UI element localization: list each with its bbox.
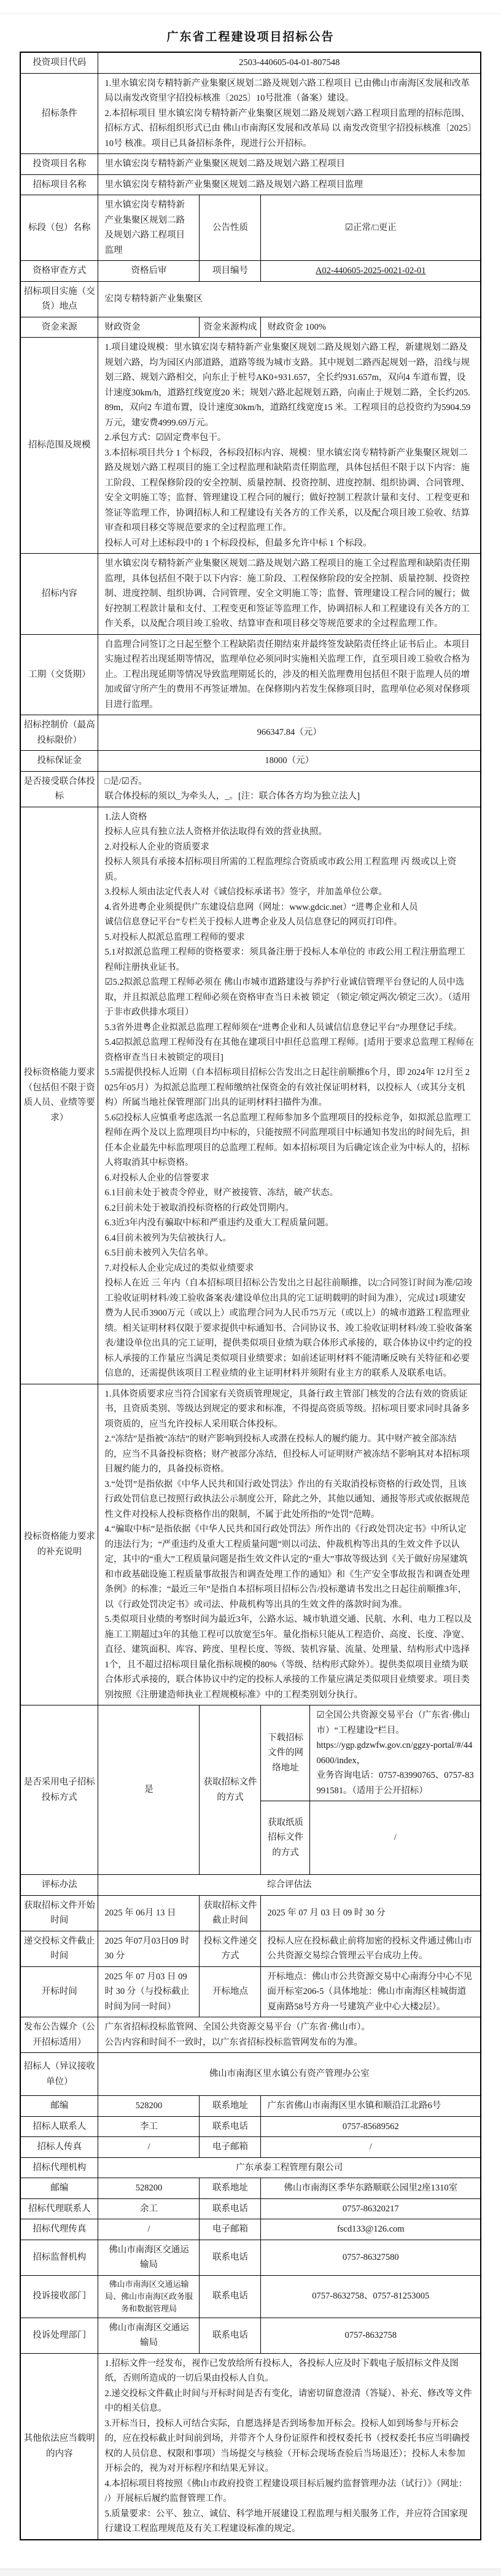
delivery-location-value: 宏岗专精特新产业集聚区	[98, 281, 481, 317]
submission-method-text: 投标人应在投标截止前将加密的投标文件通过佛山市公共资源交易综合管理云平台成功上传…	[261, 1931, 481, 1966]
table-row: 招标项目名称 里水镇宏岗专精特新产业集聚区规划二路及规划六路工程项目监理	[20, 174, 481, 195]
table-row: 招标项目实施（交货）地点 宏岗专精特新产业集聚区	[20, 281, 481, 317]
doc-obtain-end-label: 获取招标文件截止时间	[200, 1895, 261, 1931]
table-row: 是否采用电子招标投标方式 是 获取招标文件的方式 下载招标文件的网络地址 ☑全国…	[20, 1705, 481, 1801]
duration-text: 自监理合同签订之日起至整个工程缺陷责任期结束并最终签发缺陷责任终止证书后止。本项…	[98, 634, 481, 715]
fund-source-value: 财政资金	[98, 317, 200, 338]
qualification-review-label: 资格审查方式	[20, 261, 98, 282]
tenderer-phone-value: 0757-85689562	[261, 2116, 481, 2137]
table-row: 招标控制价（最高投标限价） 966347.84（元）	[20, 715, 481, 751]
complaint-receive-value: 佛山市南海区交通运输局、佛山市南海区政务服务和数据管理局	[98, 2275, 200, 2318]
tender-scope-text: 1.项目建设规模：里水镇宏岗专精特新产业集聚区规划二路及规划六路工程，新建规划二…	[98, 338, 481, 554]
agency-email-value: fscd133@126.com	[261, 2219, 481, 2240]
supervision-value: 佛山市南海区交通运输局	[98, 2240, 200, 2275]
agency-contact-value: 余工	[98, 2198, 200, 2219]
table-row: 是否接受联合体投标 □是/☑否。 联合体投标的须以_为牵头人，_。[注：联合体各…	[20, 771, 481, 807]
table-row: 标段（包）名称 里水镇宏岗专精特新产业集聚区规划二路及规划六路工程项目监理 公告…	[20, 195, 481, 261]
opening-place-text: 开标地点：佛山市公共资源交易中心南海分中心不见面开标室206-5（具体地址：佛山…	[261, 1966, 481, 2017]
tenderer-address-label: 联系地址	[200, 2096, 261, 2117]
table-row: 招标范围及规模 1.项目建设规模：里水镇宏岗专精特新产业集聚区规划二路及规划六路…	[20, 338, 481, 554]
section-package-name-label: 标段（包）名称	[20, 195, 98, 261]
supervision-phone-label: 联系电话	[200, 2240, 261, 2275]
agency-value: 广东承泰工程管理有限公司	[98, 2157, 481, 2178]
qualification-review-value: 资格后审	[98, 261, 200, 282]
doc-obtain-end-value: 2025 年 07 月 03 日 09 时 30 分	[261, 1895, 481, 1931]
agency-postcode-value: 528200	[98, 2178, 200, 2199]
supervision-phone-value: 0757-86327580	[261, 2240, 481, 2275]
electronic-bidding-label: 是否采用电子招标投标方式	[20, 1705, 98, 1875]
opening-place-label: 开标地点	[200, 1966, 261, 2017]
table-row: 招标代理传真 / 电子邮箱 fscd133@126.com	[20, 2219, 481, 2240]
table-row: 发布公告媒介（公开招标适用） 广东省招标投标监管网、全国公共资源交易平台（广东省…	[20, 2017, 481, 2053]
page-bottom-band	[0, 2569, 501, 2576]
table-row: 邮编 528200 联系地址 广东省佛山市南海区里水镇和顺沿江北路6号	[20, 2096, 481, 2117]
qualification-supplement-label: 投标资格能力要求的补充说明	[20, 1384, 98, 1705]
bid-bond-value: 18000（元）	[98, 751, 481, 772]
consortium-text: □是/☑否。 联合体投标的须以_为牵头人，_。[注：联合体各方均为独立法人]	[98, 771, 481, 807]
tenderer-fax-value: /	[98, 2137, 200, 2158]
tenderer-fax-label: 招标人传真	[20, 2137, 98, 2158]
table-row: 邮编 528200 联系地址 佛山市南海区季华东路顺联公园里2座1310室	[20, 2178, 481, 2199]
opening-time-value: 2025 年 07 月03 日 09 时 30 分（与投标截止时间为同一时间）	[98, 1966, 200, 2017]
announcement-media-text: 广东省招标投标监管网、全国公共资源交易平台（广东省·佛山市）。 公告内容和时间不…	[98, 2017, 481, 2053]
table-row: 投标保证金 18000（元）	[20, 751, 481, 772]
table-row: 投资项目代码 2503-440605-04-01-807548	[20, 52, 481, 73]
consortium-label: 是否接受联合体投标	[20, 771, 98, 807]
table-row: 投诉处理部门 佛山市南海区交通运输局 联系电话 0757-8632758	[20, 2318, 481, 2353]
project-number-value: A02-440605-2025-0021-02-01	[261, 261, 481, 282]
evaluation-method-label: 评标办法	[20, 1875, 98, 1896]
doc-obtain-method-label: 获取招标文件的方式	[200, 1705, 261, 1875]
control-price-label: 招标控制价（最高投标限价）	[20, 715, 98, 751]
electronic-bidding-value: 是	[98, 1705, 200, 1875]
complaint-handle-label: 投诉处理部门	[20, 2318, 98, 2353]
table-row: 招标代理机构 广东承泰工程管理有限公司	[20, 2157, 481, 2178]
tender-conditions-label: 招标条件	[20, 73, 98, 154]
table-row: 招标人传真 / 电子邮箱 /	[20, 2137, 481, 2158]
other-content-label: 其他依法应当载明的内容	[20, 2353, 98, 2540]
tenderer-email-value: /	[261, 2137, 481, 2158]
table-row: 开标时间 2025 年 07 月03 日 09 时 30 分（与投标截止时间为同…	[20, 1966, 481, 2017]
agency-address-value: 佛山市南海区季华东路顺联公园里2座1310室	[261, 2178, 481, 2199]
paper-doc-value: /	[310, 1801, 481, 1875]
complaint-handle-phone-value: 0757-8632758	[261, 2318, 481, 2353]
tenderer-address-value: 广东省佛山市南海区里水镇和顺沿江北路6号	[261, 2096, 481, 2117]
tenderer-contact-label: 招标人联系人	[20, 2116, 98, 2137]
paper-doc-label: 获取纸质招标文件的方式	[261, 1801, 310, 1875]
complaint-handle-phone-label: 联系电话	[200, 2318, 261, 2353]
agency-email-label: 电子邮箱	[200, 2219, 261, 2240]
table-row: 投标资格能力要求的补充说明 1.具体资质要求应当符合国家有关资质管理规定，具备行…	[20, 1384, 481, 1705]
agency-label: 招标代理机构	[20, 2157, 98, 2178]
tenderer-phone-label: 联系电话	[200, 2116, 261, 2137]
table-row: 投资项目名称 里水镇宏岗专精特新产业集聚区规划二路及规划六路工程项目	[20, 154, 481, 175]
complaint-receive-label: 投诉接收部门	[20, 2275, 98, 2318]
table-row: 招标监督机构 佛山市南海区交通运输局 联系电话 0757-86327580	[20, 2240, 481, 2275]
tender-project-name-label: 招标项目名称	[20, 174, 98, 195]
section-package-name-value: 里水镇宏岗专精特新产业集聚区规划二路及规划六路工程项目监理	[98, 195, 200, 261]
agency-address-label: 联系地址	[200, 2178, 261, 2199]
table-row: 招标内容 里水镇宏岗专精特新产业集聚区规划二路及规划六路工程项目的施工全过程监理…	[20, 554, 481, 635]
other-content-text: 1.招标文件一经发布，视作已发放给所有投标人，各投标人应及时下载电子版招标文件及…	[98, 2353, 481, 2540]
table-row: 其他依法应当载明的内容 1.招标文件一经发布，视作已发放给所有投标人，各投标人应…	[20, 2353, 481, 2540]
table-row: 投标资格能力要求（包括但不限于资质人员、业绩等要求） 1.法人资格 投标人应具有…	[20, 807, 481, 1384]
agency-phone-label: 联系电话	[200, 2198, 261, 2219]
notice-nature-value: ☑正常/□更正	[261, 195, 481, 261]
tender-scope-label: 招标范围及规模	[20, 338, 98, 554]
tender-announcement-table: 投资项目代码 2503-440605-04-01-807548 招标条件 1.里…	[20, 52, 481, 2540]
doc-obtain-start-value: 2025 年 06月 13 日	[98, 1895, 200, 1931]
opening-time-label: 开标时间	[20, 1966, 98, 2017]
tender-content-text: 里水镇宏岗专精特新产业集聚区规划二路及规划六路工程项目的施工全过程监理和缺陷责任…	[98, 554, 481, 635]
qualification-requirements-label: 投标资格能力要求（包括但不限于资质人员、业绩等要求）	[20, 807, 98, 1384]
delivery-location-label: 招标项目实施（交货）地点	[20, 281, 98, 317]
table-row: 投诉接收部门 佛山市南海区交通运输局、佛山市南海区政务服务和数据管理局 联系电话…	[20, 2275, 481, 2318]
download-url-text: ☑全国公共资源交易平台（广东省·佛山市）“工程建设”栏目。 https://yg…	[310, 1705, 481, 1801]
investment-project-name-label: 投资项目名称	[20, 154, 98, 175]
fund-source-label: 资金来源	[20, 317, 98, 338]
table-row: 资金来源 财政资金 资金来源构成 财政资金 100%	[20, 317, 481, 338]
table-row: 招标人联系人 李工 联系电话 0757-85689562	[20, 2116, 481, 2137]
project-code-label: 投资项目代码	[20, 52, 98, 73]
complaint-receive-phone-label: 联系电话	[200, 2275, 261, 2318]
tenderer-contact-value: 李工	[98, 2116, 200, 2137]
tenderer-postcode-value: 528200	[98, 2096, 200, 2117]
table-row: 招标代理联系人 余工 联系电话 0757-86320217	[20, 2198, 481, 2219]
table-row: 获取招标文件开始时间 2025 年 06月 13 日 获取招标文件截止时间 20…	[20, 1895, 481, 1931]
duration-label: 工期（交货期）	[20, 634, 98, 715]
agency-contact-label: 招标代理联系人	[20, 2198, 98, 2219]
tenderer-value: 佛山市南海区里水镇公有资产管理办公室	[98, 2053, 481, 2096]
submission-deadline-label: 递交投标文件截止时间	[20, 1931, 98, 1966]
evaluation-method-value: 综合评估法	[98, 1875, 481, 1896]
control-price-value: 966347.84（元）	[98, 715, 481, 751]
announcement-media-label: 发布公告媒介（公开招标适用）	[20, 2017, 98, 2053]
qualification-supplement-text: 1.具体资质要求应当符合国家有关资质管理规定，具备行政主管部门核发的合法有效的资…	[98, 1384, 481, 1705]
submission-method-label: 投标文件递交方式	[200, 1931, 261, 1966]
page-top-divider	[0, 14, 501, 14]
qualification-requirements-text: 1.法人资格 投标人应具有独立法人资格并依法取得有效的营业执照。 2.对投标人企…	[98, 807, 481, 1384]
investment-project-name-value: 里水镇宏岗专精特新产业集聚区规划二路及规划六路工程项目	[98, 154, 481, 175]
tender-conditions-text: 1.里水镇宏岗专精特新产业集聚区规划二路及规划六路工程项目 已由佛山市南海区发展…	[98, 73, 481, 154]
notice-nature-label: 公告性质	[200, 195, 261, 261]
tender-content-label: 招标内容	[20, 554, 98, 635]
agency-fax-value: /	[98, 2219, 200, 2240]
download-url-label: 下载招标文件的网络地址	[261, 1705, 310, 1801]
project-number-label: 项目编号	[200, 261, 261, 282]
fund-composition-value: 财政资金 100%	[261, 317, 481, 338]
page-title: 广东省工程建设项目招标公告	[0, 28, 501, 44]
tenderer-label: 招标人（异议接收单位）	[20, 2053, 98, 2096]
submission-deadline-value: 2025 年07月03日09 时 30 分	[98, 1931, 200, 1966]
table-row: 招标条件 1.里水镇宏岗专精特新产业集聚区规划二路及规划六路工程项目 已由佛山市…	[20, 73, 481, 154]
tender-project-name-value: 里水镇宏岗专精特新产业集聚区规划二路及规划六路工程项目监理	[98, 174, 481, 195]
bid-bond-label: 投标保证金	[20, 751, 98, 772]
table-row: 评标办法 综合评估法	[20, 1875, 481, 1896]
doc-obtain-start-label: 获取招标文件开始时间	[20, 1895, 98, 1931]
agency-postcode-label: 邮编	[20, 2178, 98, 2199]
project-code-value: 2503-440605-04-01-807548	[98, 52, 481, 73]
table-row: 招标人（异议接收单位） 佛山市南海区里水镇公有资产管理办公室	[20, 2053, 481, 2096]
table-row: 资格审查方式 资格后审 项目编号 A02-440605-2025-0021-02…	[20, 261, 481, 282]
tenderer-email-label: 电子邮箱	[200, 2137, 261, 2158]
agency-fax-label: 招标代理传真	[20, 2219, 98, 2240]
table-row: 工期（交货期） 自监理合同签订之日起至整个工程缺陷责任期结束并最终签发缺陷责任终…	[20, 634, 481, 715]
complaint-handle-value: 佛山市南海区交通运输局	[98, 2318, 200, 2353]
complaint-receive-phone-value: 0757-8632758、0757-81253005	[261, 2275, 481, 2318]
agency-phone-value: 0757-86320217	[261, 2198, 481, 2219]
tenderer-postcode-label: 邮编	[20, 2096, 98, 2117]
table-row: 递交投标文件截止时间 2025 年07月03日09 时 30 分 投标文件递交方…	[20, 1931, 481, 1966]
fund-composition-label: 资金来源构成	[200, 317, 261, 338]
supervision-label: 招标监督机构	[20, 2240, 98, 2275]
